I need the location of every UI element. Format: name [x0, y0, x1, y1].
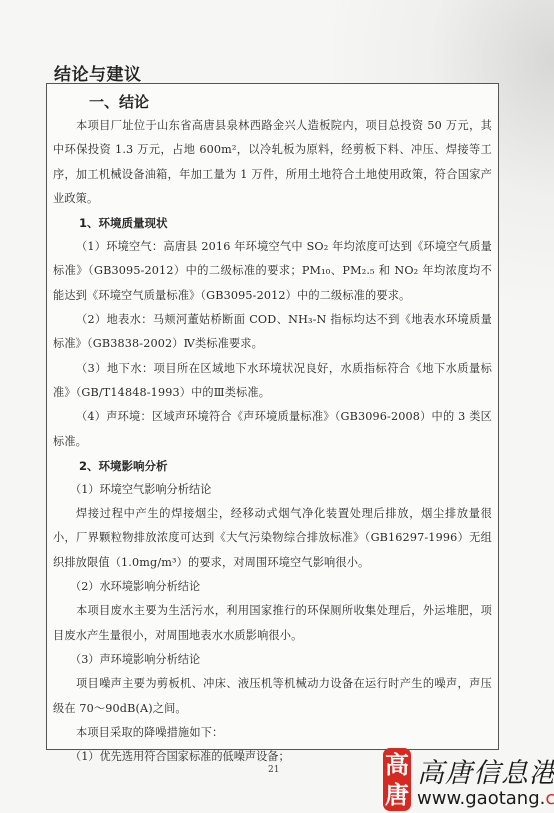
- air-impact-paragraph: 焊接过程中产生的焊接烟尘，经移动式烟气净化装置处理后排放，烟尘排放量很小，厂界颗…: [53, 502, 492, 575]
- brand-name: 高唐信息港: [417, 751, 554, 790]
- air-quality-paragraph: （1）环境空气：高唐县 2016 年环境空气中 SO₂ 年均浓度可达到《环境空气…: [53, 235, 492, 308]
- project-overview-paragraph: 本项目厂址位于山东省高唐县泉林西路金兴人造板院内，项目总投资 50 万元，其中环…: [53, 114, 492, 211]
- water-impact-paragraph: 本项目废水主要为生活污水，利用国家推行的环保厕所收集处理后，外运堆肥，项目废水产…: [53, 599, 492, 648]
- subsection-heading-impact-analysis: 2、环境影响分析: [79, 454, 492, 478]
- noise-measures-intro: 本项目采取的降噪措施如下：: [53, 721, 492, 745]
- surface-water-paragraph: （2）地表水：马颊河董姑桥断面 COD、NH₃-N 指标均达不到《地表水环境质量…: [53, 308, 492, 357]
- groundwater-paragraph: （3）地下水：项目所在区域地下水环境状况良好，水质指标符合《地下水质量标准》（G…: [53, 357, 492, 406]
- brand-url-tld: cc: [545, 788, 554, 809]
- brand-url: www.gaotang.cc: [417, 788, 554, 809]
- noise-impact-paragraph: 项目噪声主要为剪板机、冲床、液压机等机械动力设备在运行时产生的噪声，声压级在 7…: [53, 672, 492, 721]
- content-frame: 一、结论 本项目厂址位于山东省高唐县泉林西路金兴人造板院内，项目总投资 50 万…: [46, 83, 499, 750]
- seal-char-bottom: 唐: [383, 780, 411, 810]
- chapter-title: 结论与建议: [54, 60, 142, 85]
- frame-content: 一、结论 本项目厂址位于山东省高唐县泉林西路金兴人造板院内，项目总投资 50 万…: [53, 84, 492, 769]
- subsection-heading-environment-status: 1、环境质量现状: [79, 211, 492, 235]
- page-number: 21: [268, 765, 279, 775]
- water-impact-heading: （2）水环境影响分析结论: [70, 575, 492, 599]
- noise-impact-heading: （3）声环境影响分析结论: [70, 648, 492, 672]
- watermark-logo: 高 唐 高唐信息港 www.gaotang.cc: [383, 748, 554, 813]
- section-heading-conclusion: 一、结论: [89, 90, 492, 114]
- seal-icon: 高 唐: [383, 748, 411, 811]
- acoustic-environment-paragraph: （4）声环境：区域声环境符合《声环境质量标准》（GB3096-2008）中的 3…: [53, 405, 492, 454]
- brand-url-main: www.gaotang.: [417, 788, 545, 809]
- seal-char-top: 高: [383, 750, 411, 780]
- air-impact-heading: （1）环境空气影响分析结论: [70, 478, 492, 502]
